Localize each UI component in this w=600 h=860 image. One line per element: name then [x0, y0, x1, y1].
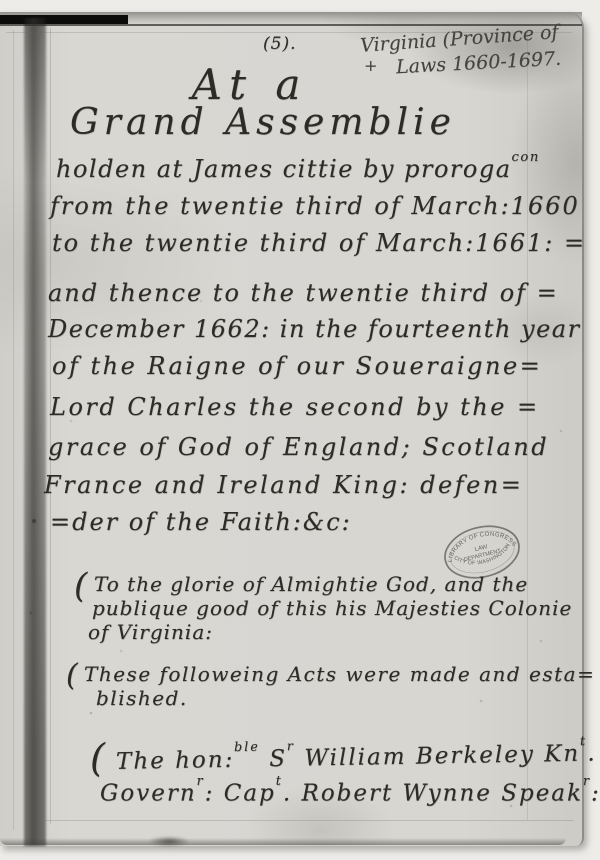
text-segment: r — [287, 738, 295, 753]
body-line-1: holden at James cittie by prorogacon — [56, 155, 540, 183]
body-line-5: December 1662: in the fourteenth year — [48, 315, 581, 343]
text-segment: r — [583, 773, 591, 788]
officials-line-2: Governr: Capt. Robert Wynne Speakr: — [100, 780, 600, 807]
text-segment: : — [591, 781, 600, 807]
acts-line-1: These followeing Acts were made and esta… — [84, 662, 595, 686]
text-segment: William Berkeley Kn — [295, 741, 581, 772]
body-line-6: of the Raigne of our Soueraigne= — [52, 352, 542, 380]
heading-grand-assemblie: Grand Assemblie — [70, 102, 450, 143]
officials-flourish: ( — [90, 736, 105, 780]
text-segment: ble — [234, 739, 260, 754]
body-line-1-main: holden at James cittie by proroga — [56, 155, 512, 183]
text-segment: : Cap — [205, 781, 276, 807]
left-margin-line — [50, 28, 51, 824]
page-number: (5). — [263, 34, 296, 54]
dedication-line-3: of Virginia: — [88, 620, 213, 644]
text-segment: . Robert Wynne Speak — [283, 781, 583, 807]
dedication-line-2: publique good of this his Majesties Colo… — [92, 596, 572, 620]
gutter-binding-strip — [24, 18, 46, 846]
dedication-line-1: To the glorie of Almightie God, and the — [94, 572, 528, 596]
body-line-2: from the twentie third of March:1660 — [50, 192, 580, 220]
right-margin-line — [527, 30, 528, 820]
dedication-flourish: ( — [74, 566, 87, 606]
body-line-4: and thence to the twentie third of = — [48, 279, 559, 307]
text-segment: Govern — [100, 781, 197, 807]
body-line-8: grace of God of England; Scotland — [48, 433, 549, 461]
page-bottom-edge — [0, 838, 566, 845]
left-outer-margin-line — [13, 30, 14, 830]
text-segment: The hon: — [116, 747, 235, 775]
text-segment: t — [580, 733, 587, 748]
acts-flourish: ( — [66, 658, 78, 693]
acts-line-2: blished. — [96, 686, 188, 710]
text-segment: r — [197, 773, 205, 788]
body-line-3: to the twentie third of March:1661: = — [52, 229, 586, 257]
text-segment: t — [276, 773, 283, 788]
text-segment: . — [587, 740, 597, 766]
body-line-9: France and Ireland King: defen= — [44, 471, 523, 499]
bottom-margin-line — [46, 820, 574, 821]
binding-shadow-bar — [0, 15, 128, 24]
paper-speckles — [0, 0, 2, 2]
body-line-10: =der of the Faith:&c: — [50, 508, 352, 536]
body-line-7: Lord Charles the second by the = — [50, 393, 540, 421]
body-line-1-superscript: con — [512, 150, 540, 165]
text-segment: S — [260, 746, 288, 772]
scanned-manuscript-page: (5). Virginia (Province of Laws 1660-169… — [0, 0, 600, 860]
